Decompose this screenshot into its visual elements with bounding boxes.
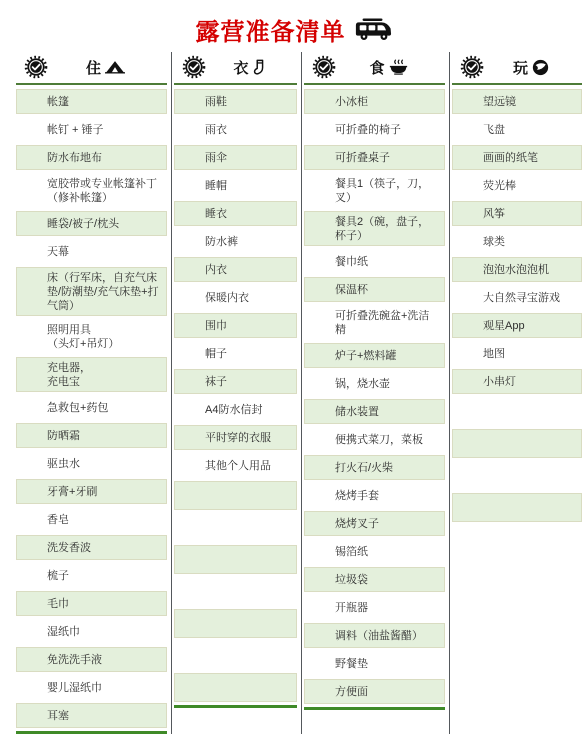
column-food: 食 小冰柜可折叠的椅子可折叠桌子餐具1（筷子，刀，叉）餐具2（碗，盘子，杯子）餐…: [302, 52, 450, 734]
column-header: 玩: [452, 52, 582, 85]
item-text: 睡帽: [205, 179, 227, 193]
item-text: 调料（油盐酱醋）: [335, 629, 423, 643]
checklist-item: 宽胶带或专业帐篷补丁（修补帐篷）: [16, 173, 167, 208]
column-bottom-line: [304, 707, 445, 710]
item-text: 便携式菜刀，菜板: [335, 433, 423, 447]
item-text: 餐具2（碗，盘子，杯子）: [335, 215, 440, 243]
checklist-item: 风筝: [452, 201, 582, 226]
page-title: 露营准备清单: [196, 12, 346, 47]
item-text: 帐篷: [47, 95, 69, 109]
column-accommodation: 住 帐篷帐钉 + 锤子防水布地布宽胶带或专业帐篷补丁（修补帐篷）睡袋/被子/枕头…: [14, 52, 172, 734]
item-text: 围巾: [205, 319, 227, 333]
checklist-item: 飞盘: [452, 117, 582, 142]
item-text: 睡袋/被子/枕头: [47, 217, 119, 231]
checklist-item: 照明用具 （头灯+吊灯）: [16, 319, 167, 354]
checklist-item: 牙膏+牙刷: [16, 479, 167, 504]
item-text: 烧烤叉子: [335, 517, 379, 531]
column-label: 玩: [513, 57, 528, 78]
item-text: 防水裤: [205, 235, 238, 249]
item-text: 内衣: [205, 263, 227, 277]
checklist-item: [452, 493, 582, 522]
item-text: 餐巾纸: [335, 255, 368, 269]
item-text: 牙膏+牙刷: [47, 485, 97, 499]
item-text: 可折叠的椅子: [335, 123, 401, 137]
checklist-item: 雨衣: [174, 117, 297, 142]
column-bottom-line: [16, 731, 167, 734]
column-label-group: 玩: [484, 57, 578, 78]
item-text: 可折叠桌子: [335, 151, 390, 165]
checklist-item: [452, 461, 582, 490]
check-badge-icon: [312, 55, 336, 79]
item-text: 风筝: [483, 207, 505, 221]
item-text: 急救包+药包: [47, 401, 108, 415]
item-text: 大自然寻宝游戏: [483, 291, 560, 305]
checklist-item: [174, 545, 297, 574]
checklist-item: 洗发香波: [16, 535, 167, 560]
checklist-item: 保温杯: [304, 277, 445, 302]
item-list: 望远镜飞盘画画的纸笔荧光棒风筝球类泡泡水泡泡机大自然寻宝游戏观星App地图小串灯: [452, 85, 582, 522]
checklist-item: 毛巾: [16, 591, 167, 616]
checklist-item: 天幕: [16, 239, 167, 264]
checklist-item: 睡帽: [174, 173, 297, 198]
item-text: 耳塞: [47, 709, 69, 723]
item-text: 小冰柜: [335, 95, 368, 109]
checklist-item: [174, 513, 297, 542]
checklist-item: 雨伞: [174, 145, 297, 170]
column-header: 衣: [174, 52, 297, 85]
item-list: 雨鞋雨衣雨伞睡帽睡衣防水裤内衣保暖内衣围巾帽子袜子A4防水信封平时穿的衣服其他个…: [174, 85, 297, 708]
checklist-item: 锡箔纸: [304, 539, 445, 564]
item-text: 驱虫水: [47, 457, 80, 471]
check-badge-icon: [460, 55, 484, 79]
checklist-item: 平时穿的衣服: [174, 425, 297, 450]
item-text: 球类: [483, 235, 505, 249]
item-text: 荧光棒: [483, 179, 516, 193]
checklist-item: 充电器， 充电宝: [16, 357, 167, 392]
checklist-item: 梳子: [16, 563, 167, 588]
column-label: 食: [369, 57, 384, 78]
item-text: 洗发香波: [47, 541, 91, 555]
checklist-item: 帐篷: [16, 89, 167, 114]
item-text: 小串灯: [483, 375, 516, 389]
checklist-item: 内衣: [174, 257, 297, 282]
item-text: 平时穿的衣服: [205, 431, 271, 445]
checklist-item: [174, 577, 297, 606]
checklist-item: 可折叠的椅子: [304, 117, 445, 142]
item-text: 开瓶器: [335, 601, 368, 615]
column-label: 住: [86, 57, 101, 78]
checklist-item: 睡衣: [174, 201, 297, 226]
tent-icon: [105, 60, 125, 74]
checklist-item: 烧烤叉子: [304, 511, 445, 536]
item-text: 宽胶带或专业帐篷补丁（修补帐篷）: [47, 177, 162, 205]
item-text: 香皂: [47, 513, 69, 527]
checklist-item: [174, 481, 297, 510]
column-header: 食: [304, 52, 445, 85]
item-text: 免洗洗手液: [47, 653, 102, 667]
item-text: 雨衣: [205, 123, 227, 137]
item-text: 防水布地布: [47, 151, 102, 165]
item-text: 餐具1（筷子，刀，叉）: [335, 177, 440, 205]
checklist-item: 便携式菜刀，菜板: [304, 427, 445, 452]
camping-checklist-page: 露营准备清单: [0, 0, 587, 740]
item-text: 照明用具 （头灯+吊灯）: [47, 323, 119, 351]
column-header: 住: [16, 52, 167, 85]
item-text: 袜子: [205, 375, 227, 389]
item-text: 画画的纸笔: [483, 151, 538, 165]
column-label: 衣: [233, 57, 248, 78]
item-text: 炉子+燃料罐: [335, 349, 396, 363]
checklist-item: 袜子: [174, 369, 297, 394]
checklist-item: [452, 397, 582, 426]
column-label-group: 衣: [206, 57, 293, 78]
item-text: 烧烤手套: [335, 489, 379, 503]
column-play: 玩 望远镜飞盘画画的纸笔荧光棒风筝球类泡泡水泡泡机大自然寻宝游戏观星App地图小…: [450, 52, 586, 734]
checklist-item: 可折叠洗碗盆+洗洁精: [304, 305, 445, 340]
checklist-item: 雨鞋: [174, 89, 297, 114]
item-text: 湿纸巾: [47, 625, 80, 639]
item-text: 梳子: [47, 569, 69, 583]
checklist-item: 餐具1（筷子，刀，叉）: [304, 173, 445, 208]
item-text: 储水装置: [335, 405, 379, 419]
item-text: 锡箔纸: [335, 545, 368, 559]
item-text: 观星App: [483, 319, 525, 333]
item-list: 帐篷帐钉 + 锤子防水布地布宽胶带或专业帐篷补丁（修补帐篷）睡袋/被子/枕头天幕…: [16, 85, 167, 734]
checklist-item: 其他个人用品: [174, 453, 297, 478]
checklist-item: 可折叠桌子: [304, 145, 445, 170]
column-label-group: 食: [336, 57, 441, 78]
item-text: 锅，烧水壶: [335, 377, 390, 391]
item-text: 垃圾袋: [335, 573, 368, 587]
item-text: 充电器， 充电宝: [47, 361, 91, 389]
checklist-item: 保暖内衣: [174, 285, 297, 310]
checklist-item: 小串灯: [452, 369, 582, 394]
checklist-item: 帐钉 + 锤子: [16, 117, 167, 142]
check-badge-icon: [24, 55, 48, 79]
checklist-item: 大自然寻宝游戏: [452, 285, 582, 310]
item-text: 望远镜: [483, 95, 516, 109]
checklist-item: 防水裤: [174, 229, 297, 254]
check-badge-icon: [182, 55, 206, 79]
item-text: 睡衣: [205, 207, 227, 221]
column-bottom-line: [174, 705, 297, 708]
checklist-item: 餐巾纸: [304, 249, 445, 274]
item-text: 保暖内衣: [205, 291, 249, 305]
item-text: 床（行军床，自充气床垫/防潮垫/充气床垫+打气筒）: [47, 271, 162, 313]
item-text: 帽子: [205, 347, 227, 361]
item-text: 地图: [483, 347, 505, 361]
title-bar: 露营准备清单: [0, 0, 587, 50]
item-text: 泡泡水泡泡机: [483, 263, 549, 277]
checklist-item: 免洗洗手液: [16, 647, 167, 672]
checklist-item: 驱虫水: [16, 451, 167, 476]
checklist-item: 防水布地布: [16, 145, 167, 170]
item-text: 雨伞: [205, 151, 227, 165]
column-clothing: 衣 雨鞋雨衣雨伞睡帽睡衣防水裤内衣保暖内衣围巾帽子袜子A4防水信封平时穿的衣服其…: [172, 52, 302, 734]
checklist-item: 开瓶器: [304, 595, 445, 620]
checklist-grid: 住 帐篷帐钉 + 锤子防水布地布宽胶带或专业帐篷补丁（修补帐篷）睡袋/被子/枕头…: [0, 52, 587, 734]
item-text: 野餐垫: [335, 657, 368, 671]
item-text: 防晒霜: [47, 429, 80, 443]
item-text: 天幕: [47, 245, 69, 259]
checklist-item: 帽子: [174, 341, 297, 366]
checklist-item: 望远镜: [452, 89, 582, 114]
checklist-item: 围巾: [174, 313, 297, 338]
checklist-item: 炉子+燃料罐: [304, 343, 445, 368]
checklist-item: 耳塞: [16, 703, 167, 728]
checklist-item: 湿纸巾: [16, 619, 167, 644]
checklist-item: 睡袋/被子/枕头: [16, 211, 167, 236]
checklist-item: 方便面: [304, 679, 445, 704]
checklist-item: 调料（油盐酱醋）: [304, 623, 445, 648]
checklist-item: 打火石/火柴: [304, 455, 445, 480]
checklist-item: [174, 641, 297, 670]
checklist-item: 地图: [452, 341, 582, 366]
checklist-item: 球类: [452, 229, 582, 254]
checklist-item: [452, 429, 582, 458]
column-label-group: 住: [48, 57, 163, 78]
checklist-item: 储水装置: [304, 399, 445, 424]
checklist-item: 荧光棒: [452, 173, 582, 198]
item-text: 可折叠洗碗盆+洗洁精: [335, 309, 440, 337]
item-text: 保温杯: [335, 283, 368, 297]
item-text: 毛巾: [47, 597, 69, 611]
item-text: 雨鞋: [205, 95, 227, 109]
steaming-pot-icon: [389, 59, 408, 75]
item-text: 飞盘: [483, 123, 505, 137]
checklist-item: 野餐垫: [304, 651, 445, 676]
checklist-item: A4防水信封: [174, 397, 297, 422]
item-text: 婴儿湿纸巾: [47, 681, 102, 695]
checklist-item: 泡泡水泡泡机: [452, 257, 582, 282]
checklist-item: 锅，烧水壶: [304, 371, 445, 396]
item-text: A4防水信封: [205, 403, 262, 417]
checklist-item: 小冰柜: [304, 89, 445, 114]
checklist-item: 观星App: [452, 313, 582, 338]
checklist-item: 烧烤手套: [304, 483, 445, 508]
checklist-item: 香皂: [16, 507, 167, 532]
checklist-item: [174, 673, 297, 702]
checklist-item: 餐具2（碗，盘子，杯子）: [304, 211, 445, 246]
checklist-item: 防晒霜: [16, 423, 167, 448]
checklist-item: 婴儿湿纸巾: [16, 675, 167, 700]
checklist-item: 急救包+药包: [16, 395, 167, 420]
checklist-item: 床（行军床，自充气床垫/防潮垫/充气床垫+打气筒）: [16, 267, 167, 316]
checklist-item: 画画的纸笔: [452, 145, 582, 170]
checklist-item: 垃圾袋: [304, 567, 445, 592]
sock-icon: [253, 59, 266, 76]
item-text: 帐钉 + 锤子: [47, 123, 104, 137]
frisbee-icon: [532, 59, 549, 76]
camper-van-icon: [354, 17, 392, 41]
item-text: 打火石/火柴: [335, 461, 393, 475]
item-text: 方便面: [335, 685, 368, 699]
checklist-item: [174, 609, 297, 638]
item-text: 其他个人用品: [205, 459, 271, 473]
item-list: 小冰柜可折叠的椅子可折叠桌子餐具1（筷子，刀，叉）餐具2（碗，盘子，杯子）餐巾纸…: [304, 85, 445, 710]
